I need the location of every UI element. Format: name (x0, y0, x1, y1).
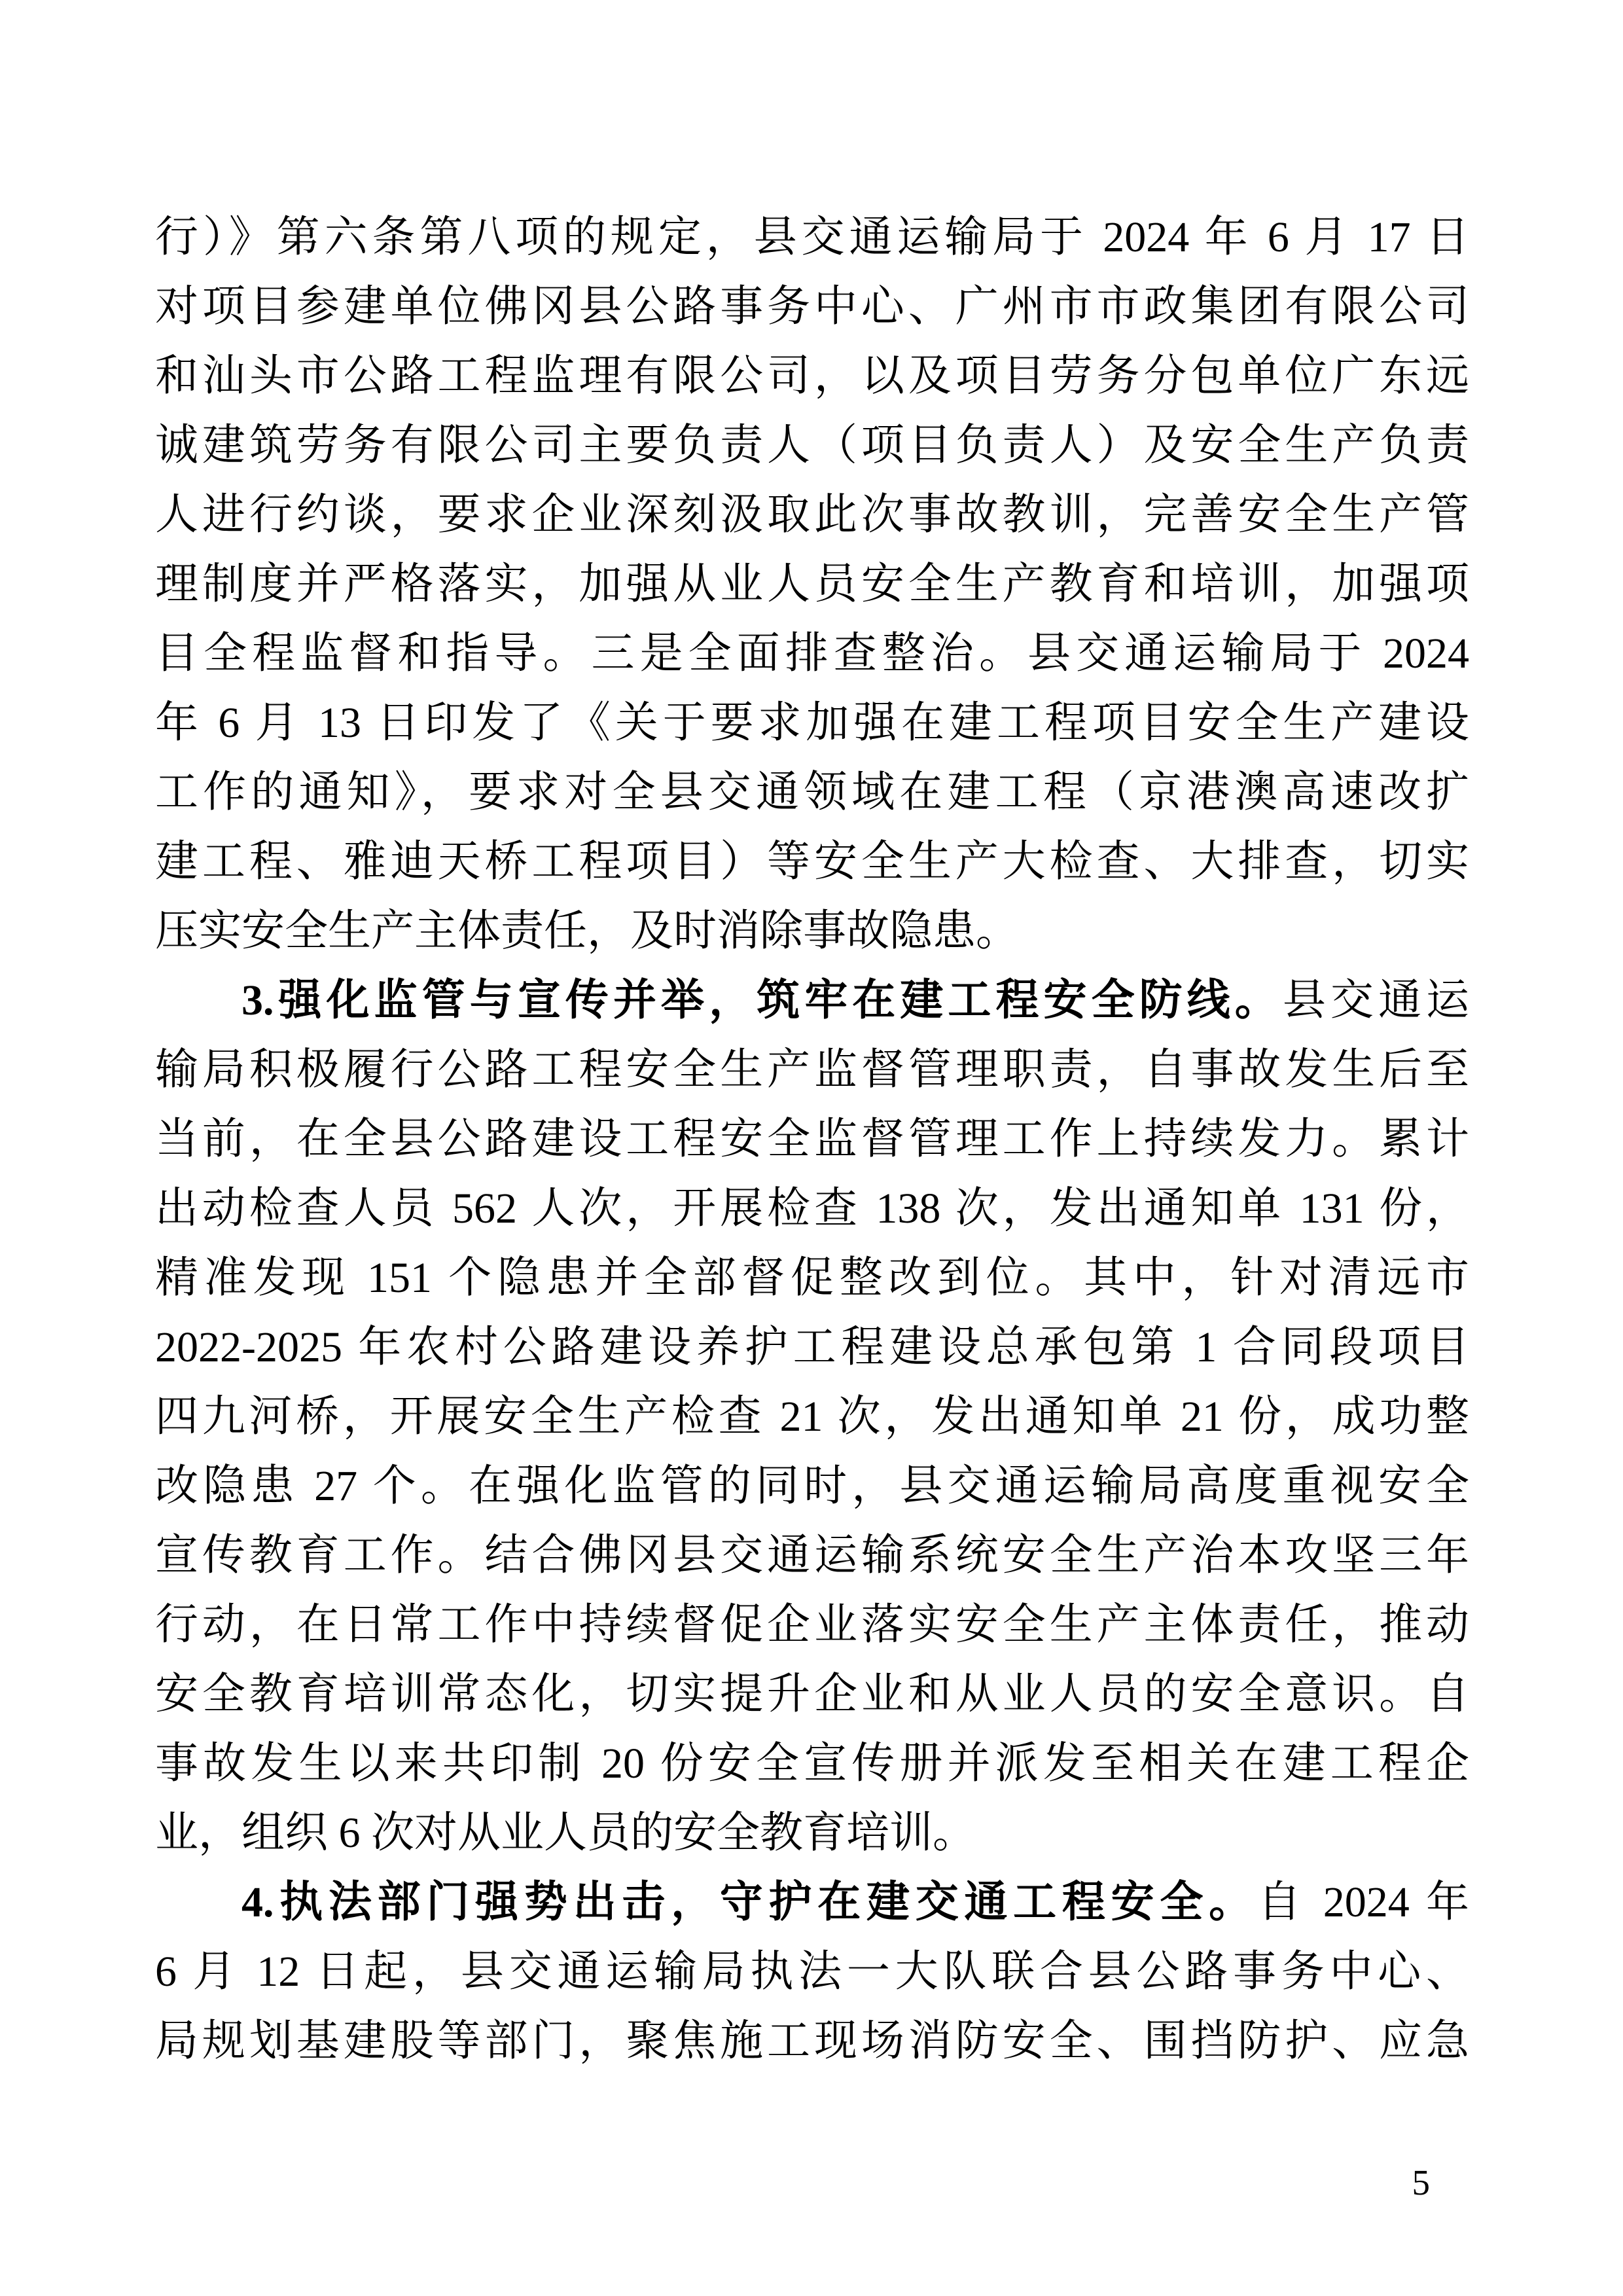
paragraph-3-heading-line: 3.强化监管与宣传并举，筑牢在建工程安全防线。县交通运 (155, 966, 1469, 1035)
paragraph-end-line: 业，组织 6 次对从业人员的安全教育培训。 (155, 1799, 1469, 1868)
paragraph-4-heading: 4.执法部门强势出击，守护在建交通工程安全。 (241, 1878, 1258, 1926)
text-line: 对项目参建单位佛冈县公路事务中心、广州市市政集团有限公司 (155, 272, 1469, 342)
paragraph-4-heading-rest: 自 2024 年 (1258, 1878, 1469, 1926)
text-line: 改隐患 27 个。在强化监管的同时，县交通运输局高度重视安全 (155, 1452, 1469, 1521)
text-line: 理制度并严格落实，加强从业人员安全生产教育和培训，加强项 (155, 550, 1469, 619)
text-line: 6 月 12 日起，县交通运输局执法一大队联合县公路事务中心、 (155, 1937, 1469, 2007)
text-line: 年 6 月 13 日印发了《关于要求加强在建工程项目安全生产建设 (155, 689, 1469, 758)
text-line: 行动，在日常工作中持续督促企业落实安全生产主体责任，推动 (155, 1590, 1469, 1660)
text-line: 2022-2025 年农村公路建设养护工程建设总承包第 1 合同段项目 (155, 1313, 1469, 1382)
text-line: 安全教育培训常态化，切实提升企业和从业人员的安全意识。自 (155, 1660, 1469, 1729)
text-line: 工作的通知》，要求对全县交通领域在建工程（京港澳高速改扩 (155, 758, 1469, 827)
text-line: 当前，在全县公路建设工程安全监督管理工作上持续发力。累计 (155, 1105, 1469, 1174)
text-line: 人进行约谈，要求企业深刻汲取此次事故教训，完善安全生产管 (155, 480, 1469, 550)
text-line: 诚建筑劳务有限公司主要负责人（项目负责人）及安全生产负责 (155, 411, 1469, 480)
paragraph-end-line: 压实安全生产主体责任，及时消除事故隐患。 (155, 897, 1469, 966)
text-line: 和汕头市公路工程监理有限公司，以及项目劳务分包单位广东远 (155, 342, 1469, 411)
text-line: 出动检查人员 562 人次，开展检查 138 次，发出通知单 131 份， (155, 1174, 1469, 1244)
document-page: 行）》第六条第八项的规定，县交通运输局于 2024 年 6 月 17 日 对项目… (0, 0, 1623, 2296)
text-line: 事故发生以来共印制 20 份安全宣传册并派发至相关在建工程企 (155, 1729, 1469, 1799)
text-line: 输局积极履行公路工程安全生产监督管理职责，自事故发生后至 (155, 1035, 1469, 1105)
paragraph-3-heading-rest: 县交通运 (1283, 977, 1469, 1024)
paragraph-3-heading: 3.强化监管与宣传并举，筑牢在建工程安全防线。 (241, 977, 1283, 1024)
text-line: 建工程、雅迪天桥工程项目）等安全生产大检查、大排查，切实 (155, 827, 1469, 897)
text-line: 局规划基建股等部门，聚焦施工现场消防安全、围挡防护、应急 (155, 2007, 1469, 2076)
page-number: 5 (1412, 2163, 1431, 2202)
text-line: 目全程监督和指导。三是全面排查整治。县交通运输局于 2024 (155, 619, 1469, 689)
document-body: 行）》第六条第八项的规定，县交通运输局于 2024 年 6 月 17 日 对项目… (155, 203, 1469, 2076)
text-line: 宣传教育工作。结合佛冈县交通运输系统安全生产治本攻坚三年 (155, 1521, 1469, 1590)
text-line: 精准发现 151 个隐患并全部督促整改到位。其中，针对清远市 (155, 1244, 1469, 1313)
text-line: 四九河桥，开展安全生产检查 21 次，发出通知单 21 份，成功整 (155, 1382, 1469, 1452)
text-line: 行）》第六条第八项的规定，县交通运输局于 2024 年 6 月 17 日 (155, 203, 1469, 272)
paragraph-4-heading-line: 4.执法部门强势出击，守护在建交通工程安全。自 2024 年 (155, 1868, 1469, 1937)
